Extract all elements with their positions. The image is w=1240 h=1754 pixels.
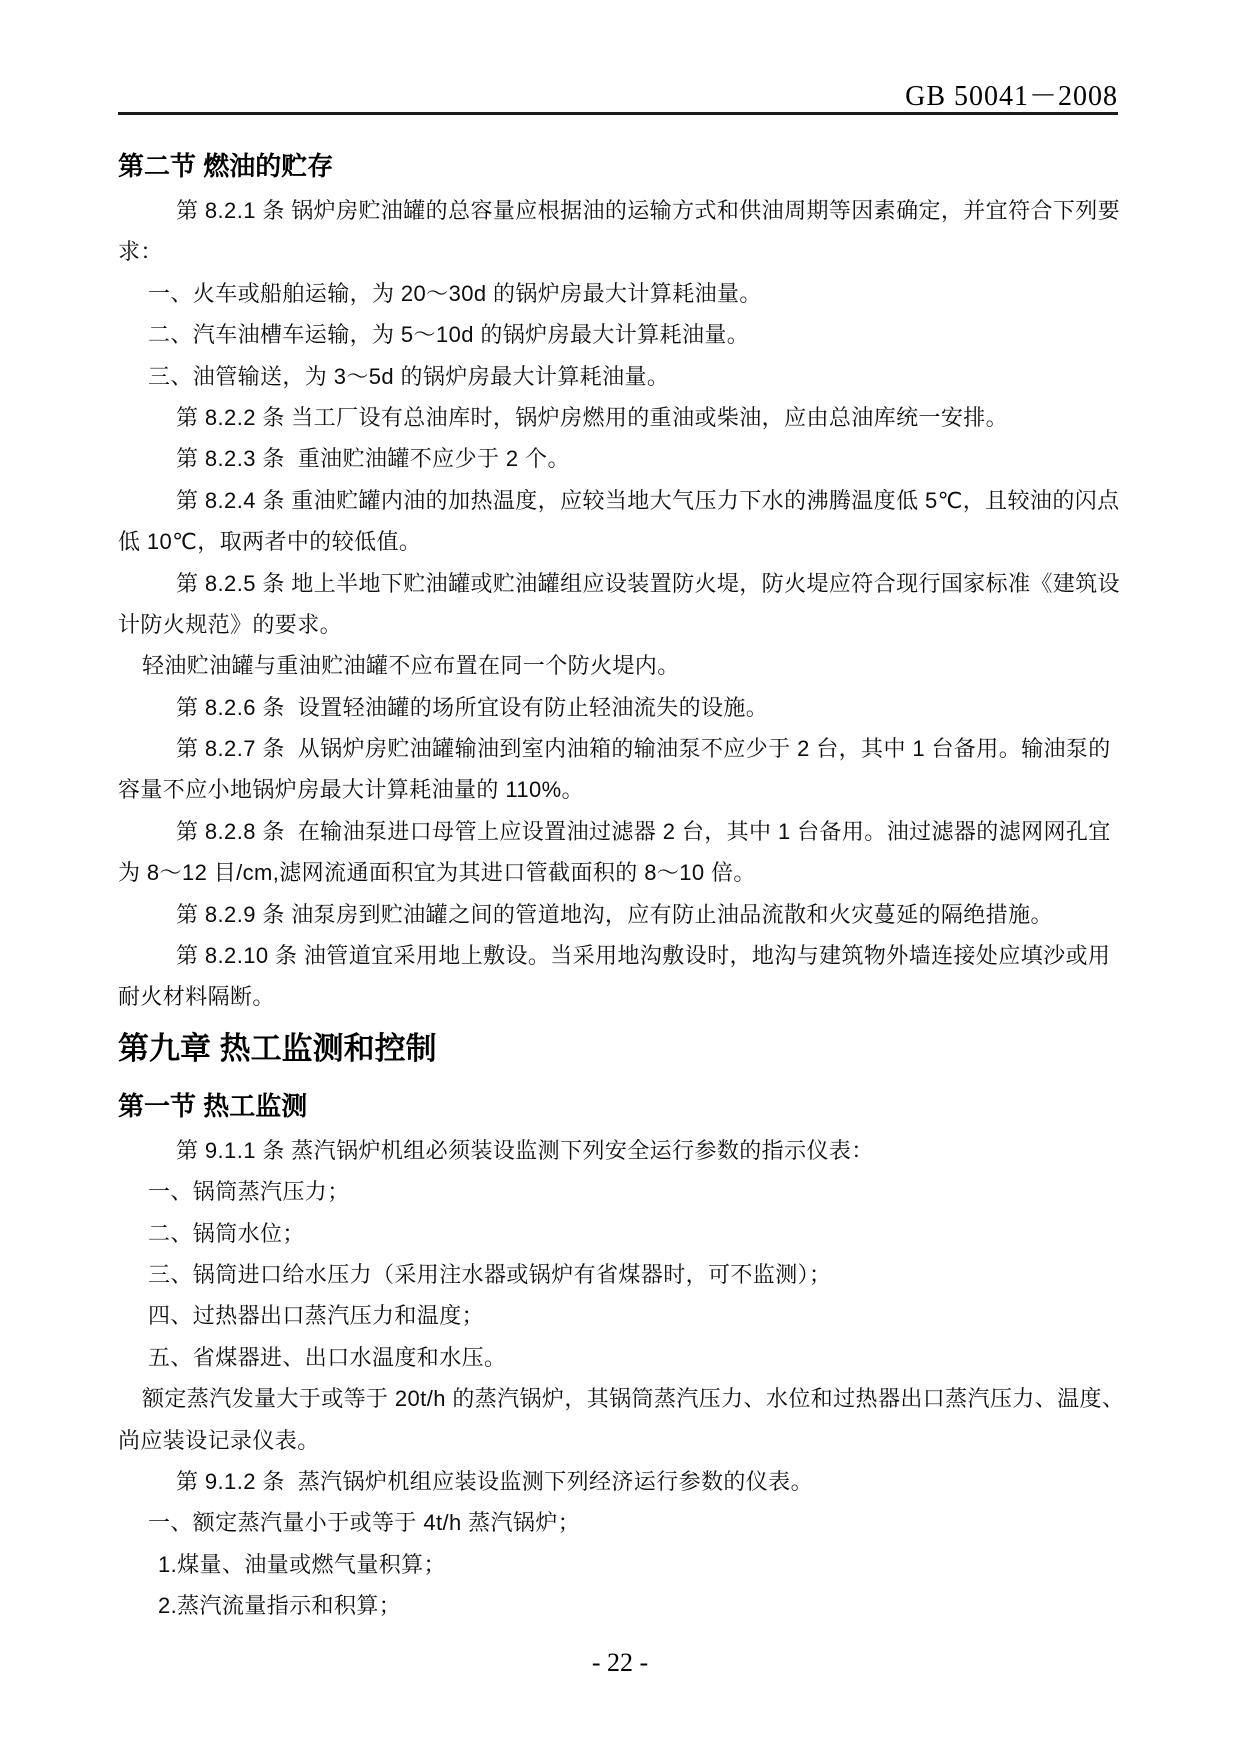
text-line: 第 8.2.5 条 地上半地下贮油罐或贮油罐组应设装置防火堤，防火堤应符合现行国… xyxy=(118,563,1128,604)
list-item: 一、额定蒸汽量小于或等于 4t/h 蒸汽锅炉； xyxy=(118,1502,1128,1543)
text-line: 轻油贮油罐与重油贮油罐不应布置在同一个防火堤内。 xyxy=(118,645,1128,686)
standard-code: GB 50041－2008 xyxy=(905,74,1118,114)
page-number: - 22 - xyxy=(0,1648,1240,1678)
text-line: 第 8.2.9 条 油泵房到贮油罐之间的管道地沟，应有防止油品流散和火灾蔓延的隔… xyxy=(118,894,1128,935)
list-item: 二、汽车油槽车运输，为 5～10d 的锅炉房最大计算耗油量。 xyxy=(118,314,1128,355)
text-line: 第 8.2.7 条 从锅炉房贮油罐输油到室内油箱的输油泵不应少于 2 台，其中 … xyxy=(118,728,1128,769)
text-line: 第 8.2.3 条 重油贮油罐不应少于 2 个。 xyxy=(118,438,1128,479)
text-line: 额定蒸汽发量大于或等于 20t/h 的蒸汽锅炉，其锅筒蒸汽压力、水位和过热器出口… xyxy=(118,1378,1128,1419)
numbered-item: 1.煤量、油量或燃气量积算； xyxy=(118,1544,1128,1585)
text-line: 求： xyxy=(118,231,1128,272)
text-line: 低 10℃，取两者中的较低值。 xyxy=(118,521,1128,562)
text-line: 耐火材料隔断。 xyxy=(118,976,1128,1017)
list-item: 四、过热器出口蒸汽压力和温度； xyxy=(118,1295,1128,1336)
numbered-item: 2.蒸汽流量指示和积算； xyxy=(118,1585,1128,1626)
list-item: 五、省煤器进、出口水温度和水压。 xyxy=(118,1337,1128,1378)
list-item: 二、锅筒水位； xyxy=(118,1213,1128,1254)
text-line: 第 8.2.1 条 锅炉房贮油罐的总容量应根据油的运输方式和供油周期等因素确定，… xyxy=(118,190,1128,231)
text-line: 第 8.2.4 条 重油贮罐内油的加热温度，应较当地大气压力下水的沸腾温度低 5… xyxy=(118,480,1128,521)
list-item: 一、火车或船舶运输，为 20～30d 的锅炉房最大计算耗油量。 xyxy=(118,273,1128,314)
text-line: 第 8.2.10 条 油管道宜采用地上敷设。当采用地沟敷设时，地沟与建筑物外墙连… xyxy=(118,935,1128,976)
text-line: 第 8.2.8 条 在输油泵进口母管上应设置油过滤器 2 台，其中 1 台备用。… xyxy=(118,811,1128,852)
text-line: 尚应装设记录仪表。 xyxy=(118,1420,1128,1461)
text-line: 为 8～12 目/cm,滤网流通面积宜为其进口管截面积的 8～10 倍。 xyxy=(118,852,1128,893)
text-line: 第 8.2.2 条 当工厂设有总油库时，锅炉房燃用的重油或柴油，应由总油库统一安… xyxy=(118,397,1128,438)
section-heading-fuel-storage: 第二节 燃油的贮存 xyxy=(118,146,1128,190)
list-item: 一、锅筒蒸汽压力； xyxy=(118,1171,1128,1212)
text-line: 第 8.2.6 条 设置轻油罐的场所宜设有防止轻油流失的设施。 xyxy=(118,687,1128,728)
text-line: 容量不应小地锅炉房最大计算耗油量的 110%。 xyxy=(118,769,1128,810)
document-page: GB 50041－2008 第二节 燃油的贮存 第 8.2.1 条 锅炉房贮油罐… xyxy=(0,0,1240,1754)
text-line: 第 9.1.2 条 蒸汽锅炉机组应装设监测下列经济运行参数的仪表。 xyxy=(118,1461,1128,1502)
section-heading-thermal-monitoring: 第一节 热工监测 xyxy=(118,1086,1128,1130)
list-item: 三、锅筒进口给水压力（采用注水器或锅炉有省煤器时，可不监测）； xyxy=(118,1254,1128,1295)
page-content: 第二节 燃油的贮存 第 8.2.1 条 锅炉房贮油罐的总容量应根据油的运输方式和… xyxy=(118,146,1128,1627)
chapter-heading: 第九章 热工监测和控制 xyxy=(118,1026,1128,1072)
list-item: 三、油管输送，为 3～5d 的锅炉房最大计算耗油量。 xyxy=(118,356,1128,397)
header-rule xyxy=(118,112,1118,115)
text-line: 计防火规范》的要求。 xyxy=(118,604,1128,645)
text-line: 第 9.1.1 条 蒸汽锅炉机组必须装设监测下列安全运行参数的指示仪表： xyxy=(118,1130,1128,1171)
